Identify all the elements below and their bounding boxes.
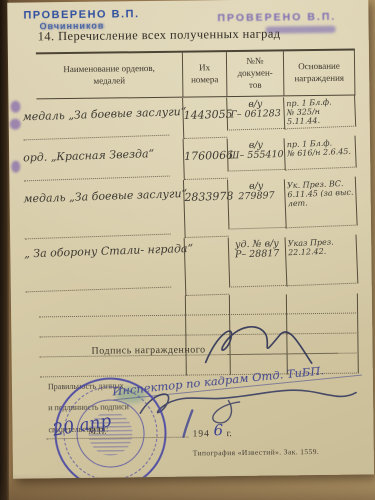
document-photo: ПРОВЕРЕНО В.П. Овчинников ПРОВЕРЕНО В.П.…: [0, 0, 375, 500]
ink-smudge: [10, 101, 20, 113]
section-heading: 14. Перечисление всех полученных наград: [38, 26, 281, 44]
award-number: 2833978: [183, 179, 229, 238]
award-basis: пр. 1 Бл.ф. № 325/н 5.11.44.: [283, 95, 356, 130]
award-basis: Ук. През. ВС. 6.11.45 (за выс. лет.: [284, 177, 358, 229]
col-header-number: Их номера: [182, 52, 227, 98]
award-doc-number: в/у Г– 061283: [226, 96, 284, 131]
award-doc-number: в/у 279897: [227, 178, 285, 230]
certifier-signature: [132, 376, 363, 429]
year-suffix: г.: [226, 429, 231, 439]
empty-row-cell: [286, 294, 358, 315]
pen-stroke: [180, 408, 196, 438]
empty-row-cell: [39, 316, 185, 338]
year-handwritten: 6: [213, 421, 223, 439]
award-number: 1760066: [183, 138, 228, 180]
print-shop-note: Типография «Известий». Зак. 1559.: [193, 447, 319, 458]
ink-smudge: [11, 161, 20, 173]
verified-stamp-right-text: ПРОВЕРЕНО В.П.: [217, 11, 336, 24]
empty-row-cell: [185, 295, 229, 316]
award-basis: пр. 1 Бл.ф. № 616/н 2.6.45.: [284, 136, 357, 171]
ink-smudge: [10, 119, 21, 130]
award-name: медаль „За боевые заслуги“: [23, 179, 171, 240]
award-name: орд. „Красная Звезда“: [23, 138, 170, 182]
awardee-signature-label: Подпись награжденного: [91, 344, 205, 356]
award-doc-number: уд. № в/у Р– 28817: [228, 236, 286, 288]
award-record-page: ПРОВЕРЕНО В.П. Овчинников ПРОВЕРЕНО В.П.…: [7, 0, 374, 479]
award-number: [184, 237, 230, 296]
award-basis: Указ През. 22.12.42.: [285, 235, 359, 287]
empty-row-cell: [229, 294, 286, 315]
award-name: медаль „За боевые заслуги“: [22, 97, 169, 141]
award-number: 1443055: [182, 97, 227, 139]
award-name: „ За оборону Стали- нграда“: [24, 237, 172, 293]
col-header-doc: №№ докумен- тов: [226, 51, 284, 97]
col-header-basis: Основание награждения: [283, 51, 356, 97]
empty-row-cell: [39, 296, 185, 318]
photo-shadow-edge: [0, 474, 375, 500]
col-header-name: Наименование орденов, медалей: [36, 53, 183, 100]
award-doc-number: в/у Ш– 555410: [227, 137, 285, 172]
